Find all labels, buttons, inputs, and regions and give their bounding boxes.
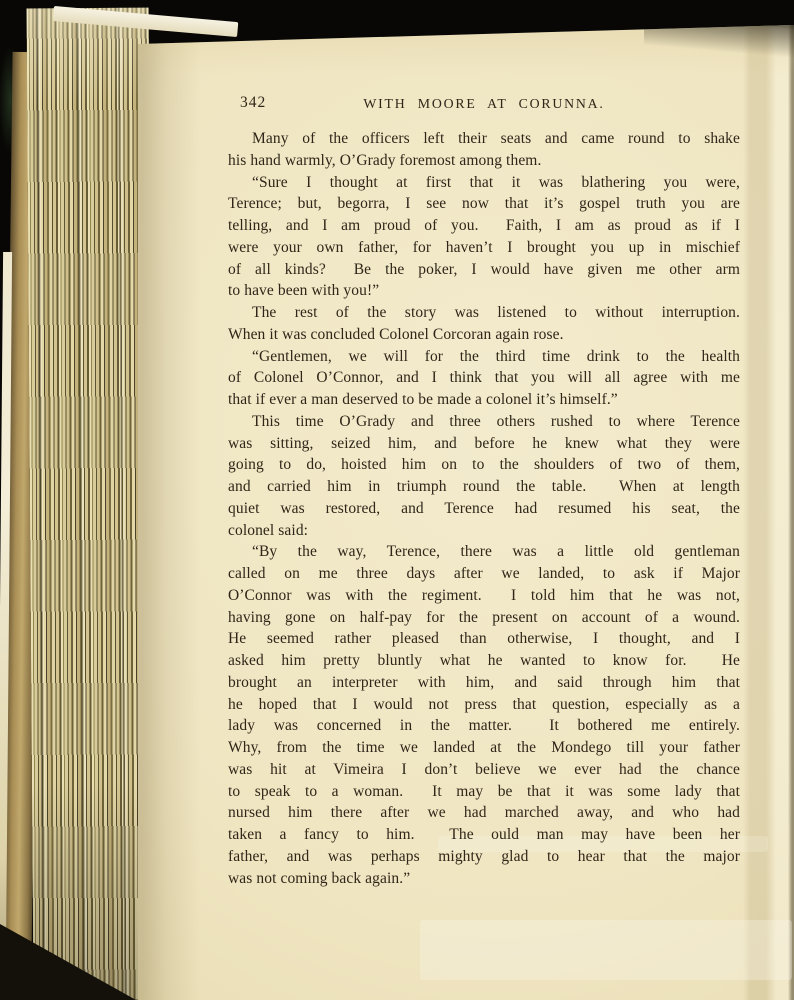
book-page: 342 WITH MOORE AT CORUNNA. Many of the o…: [138, 0, 794, 1000]
text-line: was sitting, seized him, and before he k…: [228, 433, 740, 455]
text-line: brought an interpreter with him, and sai…: [228, 672, 740, 694]
text-line: going to do, hoisted him on to the shoul…: [228, 454, 740, 476]
text-line: nursed him there after we had marched aw…: [228, 802, 740, 824]
text-line: asked him pretty bluntly what he wanted …: [228, 650, 740, 672]
page-stack-fore-edge: [27, 8, 156, 1000]
text-line: O’Connor was with the regiment. I told h…: [228, 585, 740, 607]
text-line: and carried him in triumph round the tab…: [228, 476, 740, 498]
text-line: was hit at Vimeira I don’t believe we ev…: [228, 759, 740, 781]
page-body: Many of the officers left their seats an…: [228, 128, 740, 889]
text-line: Many of the officers left their seats an…: [228, 128, 740, 150]
running-title: WITH MOORE AT CORUNNA.: [228, 94, 740, 112]
text-line: called on me three days after we landed,…: [228, 563, 740, 585]
text-line: of Colonel O’Connor, and I think that yo…: [228, 367, 740, 389]
text-line: When it was concluded Colonel Corcoran a…: [228, 324, 740, 346]
text-line: to speak to a woman. It may be that it w…: [228, 781, 740, 803]
text-line: of all kinds? Be the poker, I would have…: [228, 259, 740, 281]
text-line: to have been with you!”: [228, 280, 740, 302]
text-line: was not coming back again.”: [228, 868, 740, 890]
text-line: that if ever a man deserved to be made a…: [228, 389, 740, 411]
text-line: This time O’Grady and three others rushe…: [228, 411, 740, 433]
text-line: Why, from the time we landed at the Mond…: [228, 737, 740, 759]
book-photo: 342 WITH MOORE AT CORUNNA. Many of the o…: [0, 0, 794, 1000]
text-line: lady was concerned in the matter. It bot…: [228, 715, 740, 737]
text-line: having gone on half-pay for the present …: [228, 607, 740, 629]
text-line: telling, and I am proud of you. Faith, I…: [228, 215, 740, 237]
text-line: father, and was perhaps mighty glad to h…: [228, 846, 740, 868]
text-line: were your own father, for haven’t I brou…: [228, 237, 740, 259]
text-line: “By the way, Terence, there was a little…: [228, 541, 740, 563]
text-line: “Gentlemen, we will for the third time d…: [228, 346, 740, 368]
text-line: He seemed rather pleased than otherwise,…: [228, 628, 740, 650]
text-line: The rest of the story was listened to wi…: [228, 302, 740, 324]
page-number: 342: [240, 94, 266, 112]
printed-area: 342 WITH MOORE AT CORUNNA. Many of the o…: [228, 0, 740, 1000]
text-line: colonel said:: [228, 520, 740, 542]
text-line: “Sure I thought at first that it was bla…: [228, 172, 740, 194]
text-line: taken a fancy to him. The ould man may h…: [228, 824, 740, 846]
text-line: quiet was restored, and Terence had resu…: [228, 498, 740, 520]
text-line: his hand warmly, O’Grady foremost among …: [228, 150, 740, 172]
running-head: 342 WITH MOORE AT CORUNNA.: [228, 94, 740, 116]
text-line: Terence; but, begorra, I see now that it…: [228, 193, 740, 215]
text-line: he hoped that I would not press that que…: [228, 694, 740, 716]
